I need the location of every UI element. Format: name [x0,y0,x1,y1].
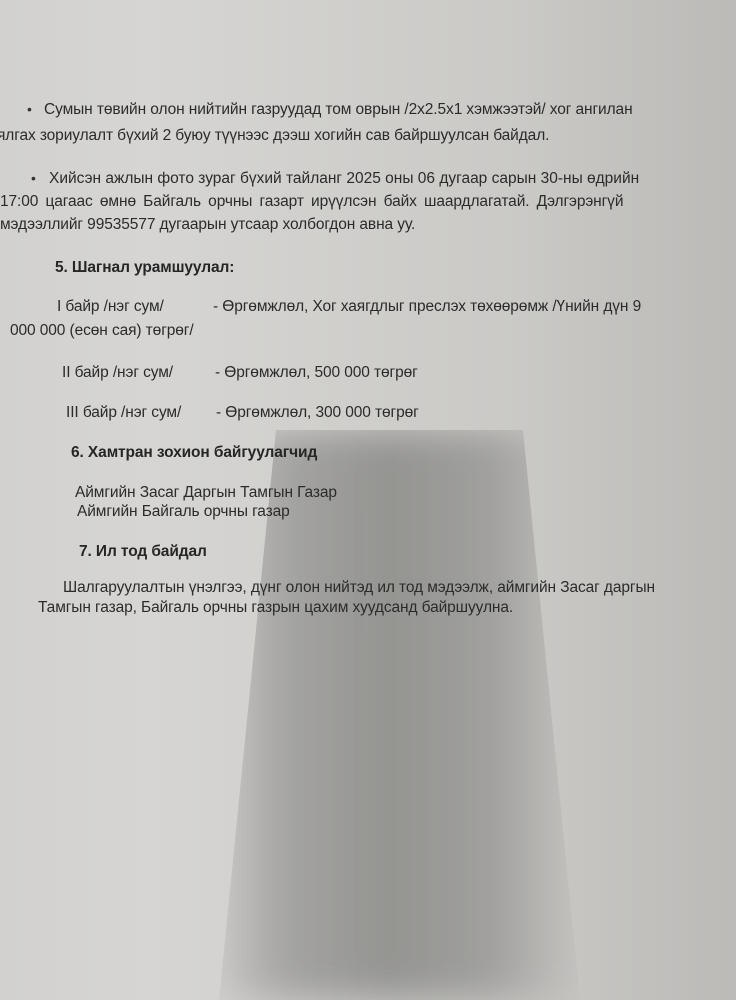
prize-1-award-cont: 000 000 (есөн сая) төгрөг/ [10,318,194,344]
prize-3-place: III байр /нэг сум/ [66,400,181,426]
section-7-heading: 7. Ил тод байдал [79,539,207,565]
prize-2-place: II байр /нэг сум/ [62,360,173,386]
bullet-dot: • [31,170,36,186]
bullet-dot: • [27,101,32,117]
bullet-2-line-3: мэдээллийг 99535577 дугаарын утсаар холб… [0,212,415,238]
prize-2-award: - Өргөмжлөл, 500 000 төгрөг [215,360,418,386]
section-7-line-2: Тамгын газар, Байгаль орчны газрын цахим… [38,595,513,621]
organizer-2: Аймгийн Байгаль орчны газар [77,499,290,525]
prize-1-award: - Өргөмжлөл, Хог хаягдлыг преслэх төхөөр… [213,294,641,320]
bullet-1-line-1: Сумын төвийн олон нийтийн газруудад том … [44,97,633,123]
bullet-1-line-2: ялгах зориулалт бүхий 2 буюу түүнээс дээ… [0,123,549,149]
prize-3-award: - Өргөмжлөл, 300 000 төгрөг [216,400,419,426]
section-5-heading: 5. Шагнал урамшуулал: [55,255,234,281]
section-6-heading: 6. Хамтран зохион байгуулагчид [71,440,317,466]
prize-1-place: I байр /нэг сум/ [57,294,164,320]
